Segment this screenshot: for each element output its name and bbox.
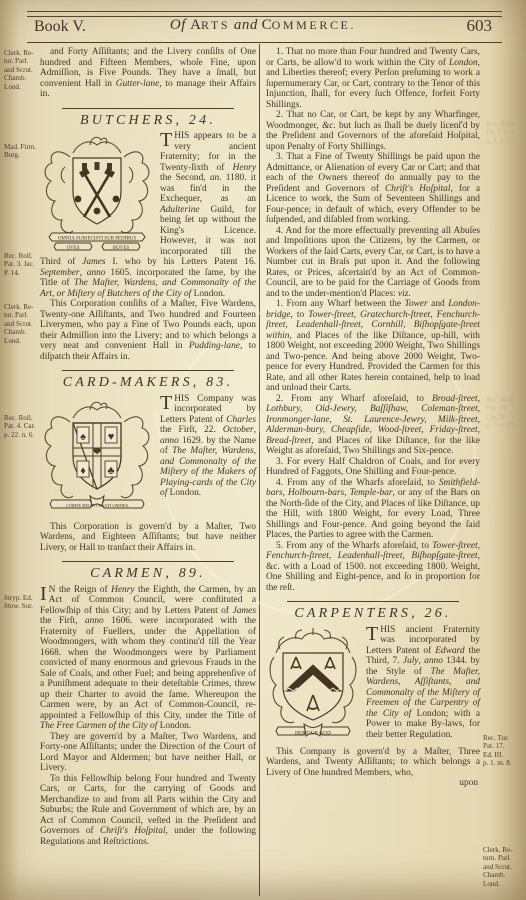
regulation-item: 2. That no Car, or Cart, be kept by any … [266, 110, 480, 152]
left-column: and Forty Aſſiſtants; and the Livery con… [40, 47, 256, 847]
section-heading-carpenters: CARPENTERS, 26. [266, 609, 480, 620]
regulation-item: 3. That a Fine of Twenty Shillings be pa… [266, 152, 480, 226]
butchers-motto-top: OMNIA SUBJECISTI SUB PEDIBUS [58, 237, 136, 242]
butchers-section: OMNIA SUBJECISTI SUB PEDIBUS OVES BOVES … [40, 131, 256, 362]
column-divider [259, 44, 260, 896]
butchers-paragraph: This Corporation conſiſts of a Maſter, F… [40, 299, 256, 362]
section-rule [62, 108, 235, 109]
card-suit-club: ♣ [107, 465, 114, 477]
margin-note: Clerk. Re- tur. Parl. and Scrut. Chamb. … [4, 49, 39, 91]
carmen-regulations-list: 1. That no more than Four hundred and Tw… [266, 47, 480, 299]
margin-note: Rec. Tur. Pat. 17. Ed. III. p. 1. m. 8. [483, 734, 525, 768]
carriage-rates-list: 1. From any Wharf between the Tower and … [266, 299, 480, 593]
card-makers-motto: CORDE RECTO ELATI OMNES [66, 503, 129, 508]
catchword: upon [266, 778, 480, 789]
butchers-motto-right: BOVES [113, 246, 130, 251]
show-through-note: Rec. Roll. Pat. 19. Car. II. p. 7. n. 17… [486, 396, 526, 430]
carpenters-section: HONOUR GOD THIS ancient Fraternity was i… [266, 625, 480, 789]
margin-note: Rec. Roll. Pat. 3. Jac. P. 14. [4, 252, 39, 277]
card-suit-diamond: ♦ [80, 465, 86, 477]
regulation-item: 1. That no more than Four hundred and Tw… [266, 47, 480, 110]
card-makers-section: ♠ ♥ ♦ ♣ CORDE RECTO ELATI OMNES THIS Com… [40, 394, 256, 554]
carmen-paragraph: To this Fellowſhip belong Four hundred a… [40, 774, 256, 848]
card-makers-coat-of-arms: ♠ ♥ ♦ ♣ CORDE RECTO ELATI OMNES [40, 396, 154, 520]
carmen-paragraph: IN the Reign of Henry the Eighth, the Ca… [40, 585, 256, 732]
show-through-note: Rec. Roll. Pa. 7. Car. p. 9. n. 2. [486, 120, 526, 145]
rate-item: 5. From any of the Wharfs aforeſaid, to … [266, 541, 480, 594]
card-suit-heart: ♥ [108, 431, 115, 443]
carmen-section: IN the Reign of Henry the Eighth, the Ca… [40, 585, 256, 848]
card-suit-spade: ♠ [80, 431, 86, 443]
carpenters-motto: HONOUR GOD [295, 730, 331, 736]
header-rule [27, 42, 502, 43]
section-heading-butchers: BUTCHERS, 24. [40, 116, 256, 127]
book-page: Book V. Of ARTS and COMMERCE. 603 Image … [0, 0, 526, 900]
rate-item: 2. From any Wharf aforeſaid, to Broad-ſt… [266, 394, 480, 457]
margin-note: Rec. Roll. Pat. 4. Car. p. 22. n. 6. [4, 414, 39, 439]
intro-paragraph: and Forty Aſſiſtants; and the Livery con… [40, 47, 256, 100]
running-title: Of ARTS and COMMERCE. [0, 17, 526, 34]
margin-note: Clerk. Re- tur. Parl. and Scrut. Chamb. … [4, 303, 39, 345]
page-number: 603 [467, 16, 493, 36]
butchers-coat-of-arms: OMNIA SUBJECISTI SUB PEDIBUS OVES BOVES [40, 133, 154, 255]
margin-note: Stryp. Ed. Stow. Sur. [4, 594, 39, 611]
section-rule [62, 561, 235, 562]
carpenters-paragraph: This Company is govern'd by a Maſter, Th… [266, 747, 480, 779]
rate-item: 4. From any of the Wharfs aforeſaid, to … [266, 478, 480, 541]
margin-note: Mad. Firm. Burg. [4, 143, 39, 160]
section-heading-carmen: CARMEN, 89. [40, 569, 256, 580]
carmen-paragraph: They are govern'd by a Maſter, Two Warde… [40, 732, 256, 774]
carpenters-coat-of-arms: HONOUR GOD [266, 627, 360, 745]
right-column: 1. That no more than Four hundred and Tw… [266, 47, 480, 789]
section-heading-card-makers: CARD-MAKERS, 83. [40, 378, 256, 389]
regulation-item: 4. And for the more effectually preventi… [266, 226, 480, 300]
rate-item: 1. From any Wharf between the Tower and … [266, 299, 480, 394]
margin-note: Clerk. Re- turn. Parl. and Scrut. Chamb.… [483, 846, 525, 888]
card-makers-paragraph: This Corporation is govern'd by a Maſter… [40, 522, 256, 554]
section-rule [287, 601, 458, 602]
rate-item: 3. For every Half Chaldron of Coals, and… [266, 457, 480, 478]
butchers-motto-left: OVES [66, 246, 79, 251]
section-rule [62, 370, 235, 371]
